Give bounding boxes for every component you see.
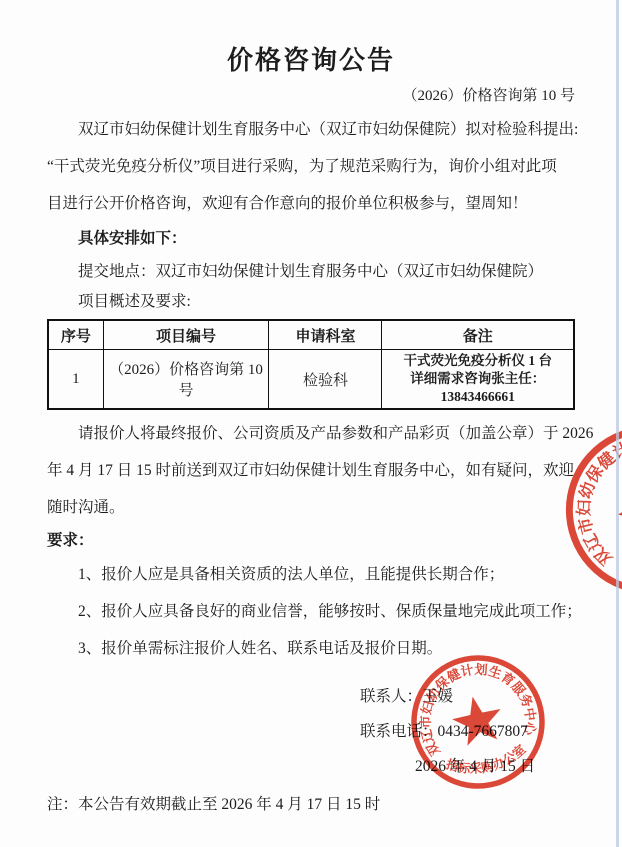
- seal-star-icon: [608, 467, 622, 548]
- header-seq: 序号: [48, 320, 103, 350]
- deadline-line-1: 请报价人将最终报价、公司资质及产品参数和产品彩页（加盖公章）于 2026: [47, 415, 575, 452]
- intro-line-3: 目进行公开价格咨询，欢迎有合作意向的报价单位积极参与，望周知！: [47, 185, 575, 222]
- cell-seq: 1: [48, 350, 103, 410]
- submit-location: 提交地点：双辽市妇幼保健计划生育服务中心（双辽市妇幼保健院）: [47, 256, 575, 287]
- table-row: 1 （2026）价格咨询第 10 号 检验科 干式荧光免疫分析仪 1 台 详细需…: [48, 350, 574, 410]
- overview-heading: 项目概述及要求:: [47, 287, 575, 317]
- document-number: （2026）价格咨询第 10 号: [47, 84, 575, 106]
- announcement-page: 价格咨询公告 （2026）价格咨询第 10 号 双辽市妇幼保健计划生育服务中心（…: [0, 0, 622, 847]
- header-remark: 备注: [382, 320, 574, 350]
- scan-edge-line: [616, 0, 619, 847]
- cell-project-no: （2026）价格咨询第 10 号: [103, 350, 269, 410]
- seal-star-icon: [448, 691, 506, 747]
- project-table: 序号 项目编号 申请科室 备注 1 （2026）价格咨询第 10 号 检验科 干…: [47, 319, 575, 410]
- deadline-paragraph: 请报价人将最终报价、公司资质及产品参数和产品彩页（加盖公章）于 2026 年 4…: [47, 415, 575, 526]
- official-seal-bottom: 双辽市妇幼保健计划生育服务中心 招标采购办公室: [401, 645, 555, 799]
- requirements-heading: 要求：: [47, 526, 575, 556]
- deadline-line-3: 随时沟通。: [47, 489, 575, 526]
- seal-office-text: 招标采购办公室: [441, 739, 532, 783]
- requirement-item-1: 1、报价人应是具备相关资质的法人单位，且能提供长期合作；: [47, 556, 575, 593]
- remark-line-2: 详细需求咨询张主任：: [384, 370, 571, 388]
- arrangement-heading: 具体安排如下：: [47, 222, 575, 256]
- deadline-line-2: 年 4 月 17 日 15 时前送到双辽市妇幼保健计划生育服务中心，如有疑问，欢…: [47, 452, 575, 489]
- cell-remark: 干式荧光免疫分析仪 1 台 详细需求咨询张主任： 13843466661: [382, 350, 574, 410]
- official-seal-right: 双辽市妇幼保健计划生育服务中心 招标采购办公室: [553, 413, 622, 607]
- table-header-row: 序号 项目编号 申请科室 备注: [48, 320, 574, 350]
- cell-department: 检验科: [269, 350, 382, 410]
- page-title: 价格咨询公告: [47, 40, 575, 78]
- intro-line-1: 双辽市妇幼保健计划生育服务中心（双辽市妇幼保健院）拟对检验科提出:: [47, 111, 575, 148]
- header-project-no: 项目编号: [103, 320, 269, 350]
- intro-paragraph: 双辽市妇幼保健计划生育服务中心（双辽市妇幼保健院）拟对检验科提出: “干式荧光免…: [47, 111, 575, 222]
- svg-text:招标采购办公室: 招标采购办公室: [441, 739, 532, 783]
- remark-line-3: 13843466661: [384, 388, 571, 406]
- remark-line-1: 干式荧光免疫分析仪 1 台: [384, 352, 571, 370]
- requirement-item-2: 2、报价人应具备良好的商业信誉，能够按时、保质保量地完成此项工作；: [47, 593, 575, 630]
- header-department: 申请科室: [269, 320, 382, 350]
- intro-line-2: “干式荧光免疫分析仪”项目进行采购，为了规范采购行为，询价小组对此项: [47, 148, 575, 185]
